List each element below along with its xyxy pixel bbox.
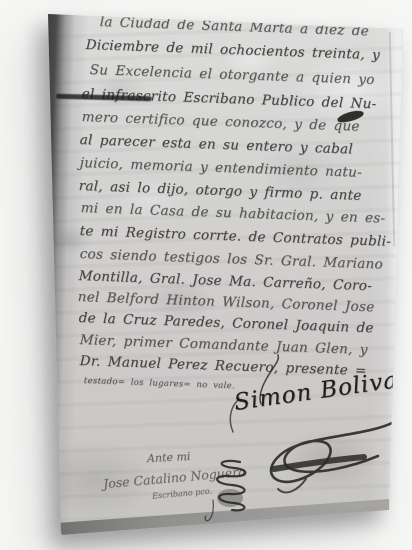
pen-j-stroke-icon [203,498,217,524]
manuscript-line: mero certifico que conozco, y de que [81,109,360,136]
photo-background: la Ciudad de Santa Marta a diez de Dicie… [0,0,412,550]
manuscript-marginal-note: testado= los lugares= no vale. [84,376,235,392]
ante-mi-label: Ante mi [147,450,191,465]
manuscript-line: Diciembre de mil ochocientos treinta, y [85,37,380,65]
signature-rubric-icon [246,416,396,501]
manuscript-line: al parecer esta en su entero y cabal [79,132,353,159]
manuscript-line: Su Excelencia el otorgante a quien yo [89,62,375,89]
page-fold-line [389,32,396,247]
manuscript-page-wrap: la Ciudad de Santa Marta a diez de Dicie… [0,0,412,550]
manuscript-page: la Ciudad de Santa Marta a diez de Dicie… [0,0,412,550]
manuscript-line: la Ciudad de Santa Marta a diez de [99,14,369,41]
manuscript-line: juicio, memoria y entendimiento natu- [79,155,362,182]
